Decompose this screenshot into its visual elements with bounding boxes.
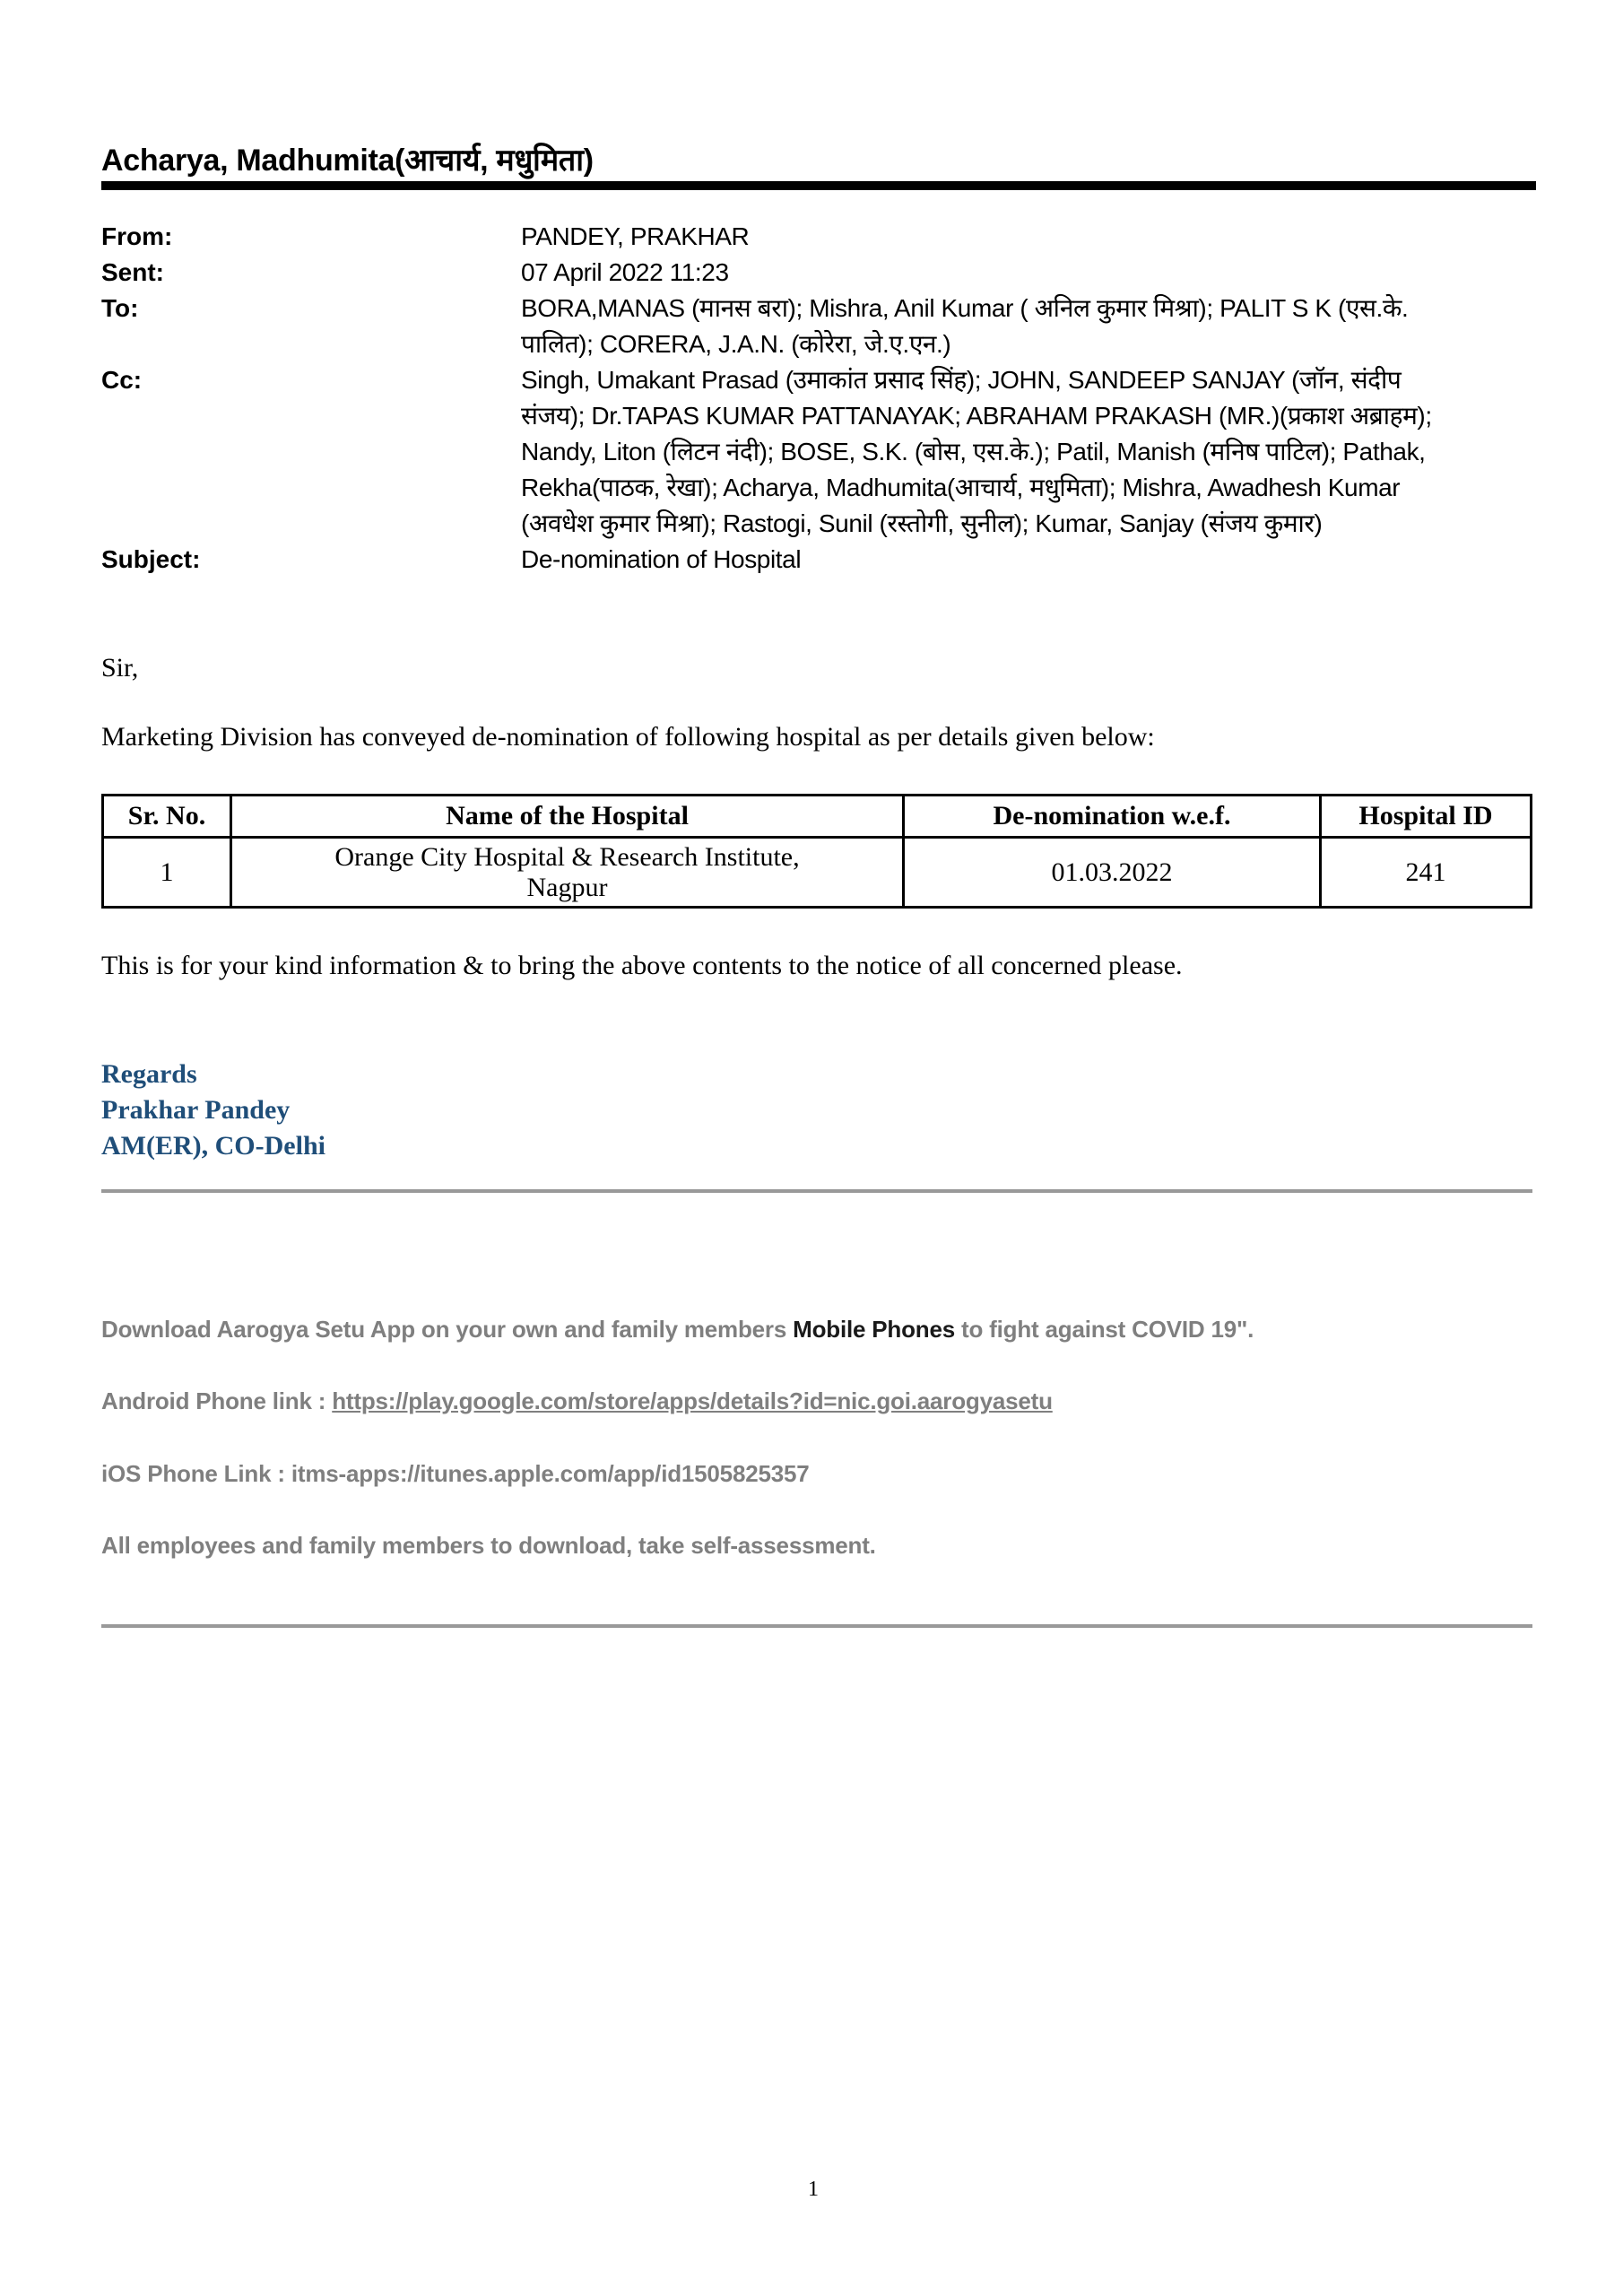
to-label: To: — [101, 291, 521, 362]
signature-regards: Regards — [101, 1057, 325, 1092]
ios-store-link: itms-apps://itunes.apple.com/app/id15058… — [291, 1460, 810, 1487]
to-line: पालित); CORERA, J.A.N. (कोरेरा, जे.ए.एन.… — [521, 326, 1536, 362]
table-header-row: Sr. No. Name of the Hospital De-nominati… — [103, 796, 1532, 838]
sent-value: 07 April 2022 11:23 — [521, 255, 1536, 291]
cc-recipients: Singh, Umakant Prasad (उमाकांत प्रसाद सि… — [521, 362, 1536, 542]
ios-link-label: iOS Phone Link : — [101, 1460, 291, 1487]
header-hospital-name: Name of the Hospital — [231, 796, 904, 838]
from-row: From: PANDEY, PRAKHAR — [101, 219, 1536, 255]
to-recipients: BORA,MANAS (मानस बरा); Mishra, Anil Kuma… — [521, 291, 1536, 362]
ios-link-line: iOS Phone Link : itms-apps://itunes.appl… — [101, 1460, 810, 1488]
subject-value: De-nomination of Hospital — [521, 542, 1536, 578]
cc-line: संजय); Dr.TAPAS KUMAR PATTANAYAK; ABRAHA… — [521, 398, 1536, 434]
to-row: To: BORA,MANAS (मानस बरा); Mishra, Anil … — [101, 291, 1536, 362]
cell-hospital-id: 241 — [1321, 838, 1532, 908]
signature-divider — [101, 1189, 1532, 1193]
footer-divider — [101, 1624, 1532, 1628]
to-line: BORA,MANAS (मानस बरा); Mishra, Anil Kuma… — [521, 291, 1536, 326]
cc-line: Nandy, Liton (लिटन नंदी); BOSE, S.K. (बो… — [521, 434, 1536, 470]
android-store-link[interactable]: https://play.google.com/store/apps/detai… — [332, 1387, 1053, 1414]
sent-label: Sent: — [101, 255, 521, 291]
signature-name: Prakhar Pandey — [101, 1092, 325, 1128]
subject-label: Subject: — [101, 542, 521, 578]
cc-line: Rekha(पाठक, रेखा); Acharya, Madhumita(आच… — [521, 470, 1536, 506]
download-text-emphasis: Mobile Phones — [793, 1316, 955, 1343]
download-text-prefix: Download Aarogya Setu App on your own an… — [101, 1316, 793, 1343]
salutation: Sir, — [101, 653, 138, 683]
cc-line: (अवधेश कुमार मिश्रा); Rastogi, Sunil (रस… — [521, 506, 1536, 542]
android-link-line: Android Phone link : https://play.google… — [101, 1387, 1053, 1415]
cc-label: Cc: — [101, 362, 521, 542]
hospital-name-line: Orange City Hospital & Research Institut… — [238, 842, 897, 873]
subject-row: Subject: De-nomination of Hospital — [101, 542, 1536, 578]
intro-paragraph: Marketing Division has conveyed de-nomin… — [101, 722, 1155, 752]
header-denomination-wef: De-nomination w.e.f. — [904, 796, 1321, 838]
signature-designation: AM(ER), CO-Delhi — [101, 1128, 325, 1164]
title-divider — [101, 181, 1536, 190]
from-label: From: — [101, 219, 521, 255]
table-row: 1 Orange City Hospital & Research Instit… — [103, 838, 1532, 908]
self-assessment-notice: All employees and family members to down… — [101, 1532, 876, 1560]
page-title: Acharya, Madhumita(आचार्य, मधुमिता) — [101, 138, 594, 179]
covid-download-notice: Download Aarogya Setu App on your own an… — [101, 1316, 1254, 1344]
cc-line: Singh, Umakant Prasad (उमाकांत प्रसाद सि… — [521, 362, 1536, 398]
hospital-table: Sr. No. Name of the Hospital De-nominati… — [101, 794, 1532, 909]
cell-hospital-name: Orange City Hospital & Research Institut… — [231, 838, 904, 908]
closing-paragraph: This is for your kind information & to b… — [101, 951, 1183, 981]
hospital-city-line: Nagpur — [238, 873, 897, 903]
email-header: From: PANDEY, PRAKHAR Sent: 07 April 202… — [101, 219, 1536, 578]
download-text-suffix: to fight against COVID 19". — [955, 1316, 1254, 1343]
from-value: PANDEY, PRAKHAR — [521, 219, 1536, 255]
sent-row: Sent: 07 April 2022 11:23 — [101, 255, 1536, 291]
android-link-label: Android Phone link : — [101, 1387, 332, 1414]
signature-block: Regards Prakhar Pandey AM(ER), CO-Delhi — [101, 1057, 325, 1164]
page-number: 1 — [808, 2178, 819, 2202]
cc-row: Cc: Singh, Umakant Prasad (उमाकांत प्रसा… — [101, 362, 1536, 542]
cell-denomination-date: 01.03.2022 — [904, 838, 1321, 908]
header-hospital-id: Hospital ID — [1321, 796, 1532, 838]
header-sr-no: Sr. No. — [103, 796, 231, 838]
cell-sr-no: 1 — [103, 838, 231, 908]
